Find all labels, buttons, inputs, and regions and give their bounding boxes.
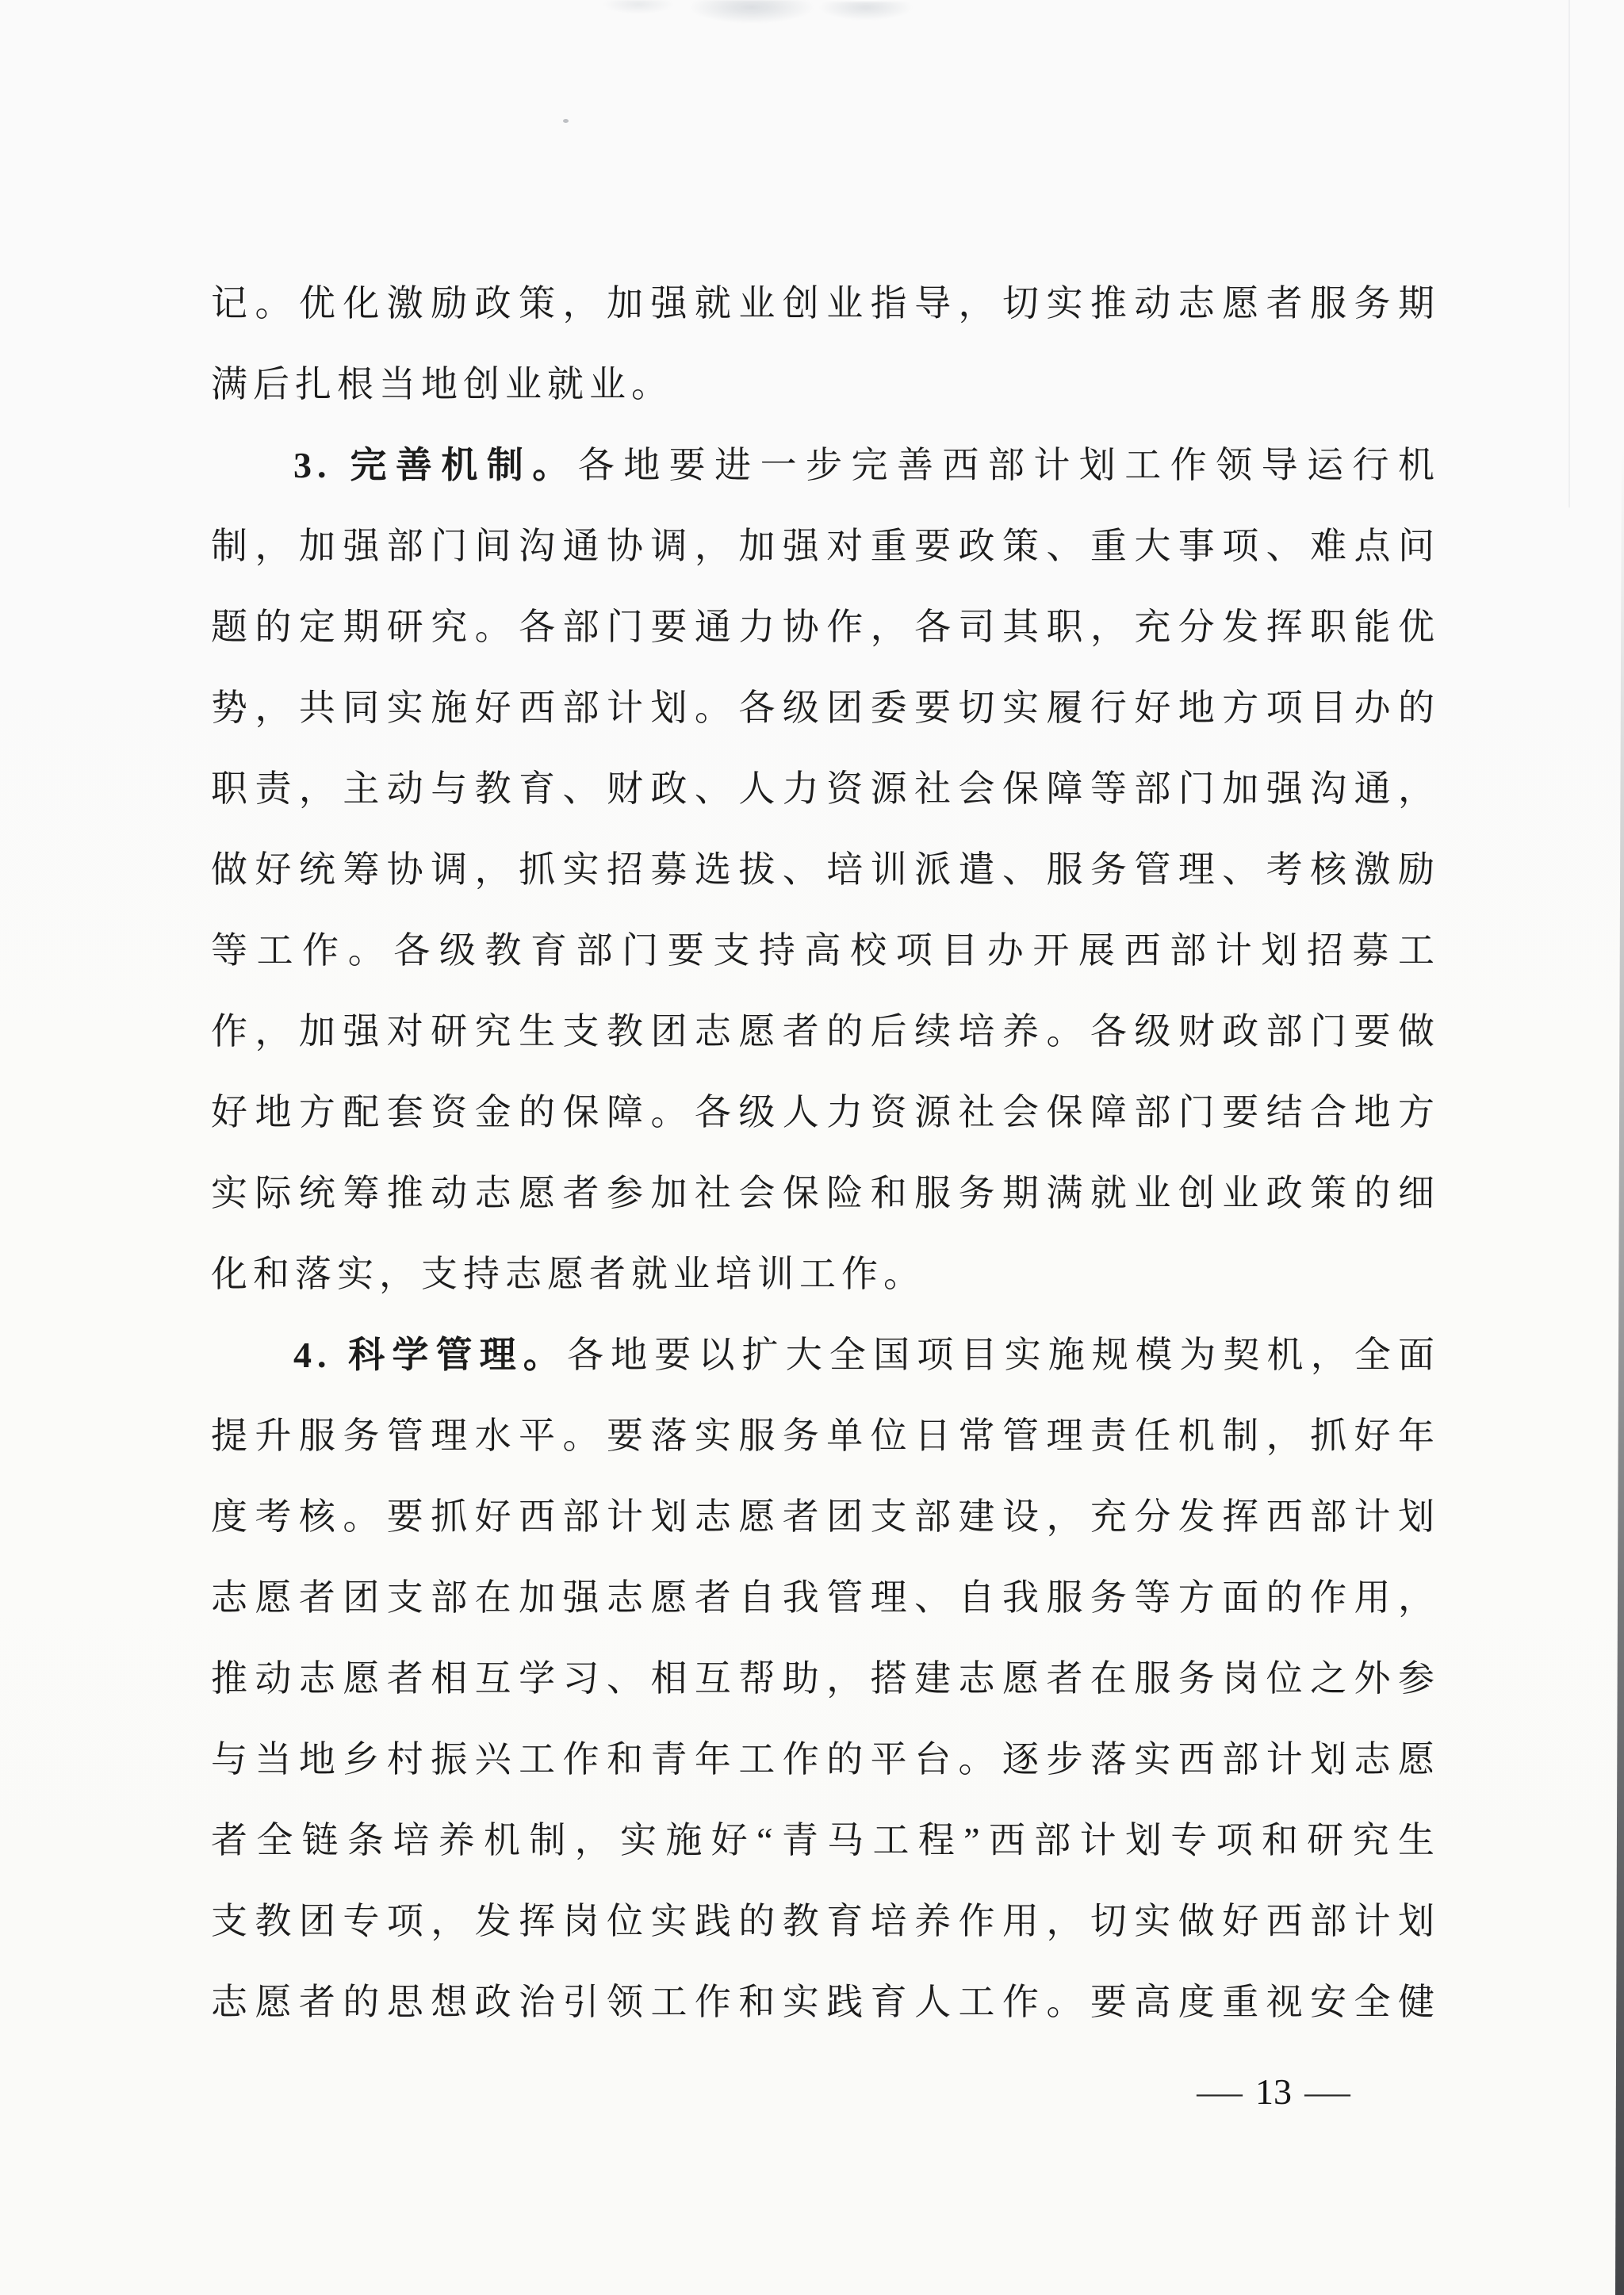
scan-smudge <box>603 0 674 14</box>
text-line: 3. 完善机制。各地要进一步完善西部计划工作领导运行机 <box>211 425 1440 506</box>
text-line: 实际统筹推动志愿者参加社会保险和服务期满就业创业政策的细 <box>211 1153 1440 1234</box>
footer-left-dash: — <box>1197 2064 1243 2120</box>
text-line: 推动志愿者相互学习、相互帮助，搭建志愿者在服务岗位之外参 <box>211 1638 1440 1719</box>
scan-smudge <box>818 2 913 21</box>
text-line: 4. 科学管理。各地要以扩大全国项目实施规模为契机，全面 <box>211 1315 1440 1396</box>
scan-speck <box>563 119 569 123</box>
text-line: 题的定期研究。各部门要通力协作，各司其职，充分发挥职能优 <box>211 587 1440 668</box>
text-line: 势，共同实施好西部计划。各级团委要切实履行好地方项目办的 <box>211 668 1440 749</box>
text-line: 志愿者的思想政治引领工作和实践育人工作。要高度重视安全健 <box>211 1962 1440 2043</box>
scan-edge-shadow <box>1615 444 1624 2295</box>
text-line: 好地方配套资金的保障。各级人力资源社会保障部门要结合地方 <box>211 1072 1440 1153</box>
text-line: 志愿者团支部在加强志愿者自我管理、自我服务等方面的作用， <box>211 1557 1440 1638</box>
line-text: 各地要以扩大全国项目实施规模为契机，全面 <box>567 1335 1440 1375</box>
text-line: 化和落实，支持志愿者就业培训工作。 <box>211 1234 1440 1315</box>
footer-right-dash: — <box>1304 2064 1350 2120</box>
section-heading-3: 3. 完善机制。 <box>293 445 578 485</box>
text-line: 支教团专项，发挥岗位实践的教育培养作用，切实做好西部计划 <box>211 1881 1440 1962</box>
text-line: 作，加强对研究生支教团志愿者的后续培养。各级财政部门要做 <box>211 991 1440 1072</box>
text-line: 提升服务管理水平。要落实服务单位日常管理责任机制，抓好年 <box>211 1396 1440 1477</box>
text-line: 等工作。各级教育部门要支持高校项目办开展西部计划招募工 <box>211 910 1440 991</box>
text-line: 职责，主动与教育、财政、人力资源社会保障等部门加强沟通， <box>211 749 1440 829</box>
scan-edge-streak <box>1568 0 1570 508</box>
line-text: 各地要进一步完善西部计划工作领导运行机 <box>578 445 1440 485</box>
text-line: 做好统筹协调，抓实招募选拔、培训派遣、服务管理、考核激励 <box>211 829 1440 910</box>
document-body-text: 记。优化激励政策，加强就业创业指导，切实推动志愿者服务期 满后扎根当地创业就业。… <box>211 263 1440 2043</box>
text-line: 记。优化激励政策，加强就业创业指导，切实推动志愿者服务期 <box>211 263 1440 344</box>
page-footer: —13— <box>1193 2064 1354 2120</box>
text-line: 制，加强部门间沟通协调，加强对重要政策、重大事项、难点问 <box>211 506 1440 587</box>
text-line: 者全链条培养机制，实施好“青马工程”西部计划专项和研究生 <box>211 1800 1440 1881</box>
section-heading-4: 4. 科学管理。 <box>293 1335 567 1375</box>
text-line: 度考核。要抓好西部计划志愿者团支部建设，充分发挥西部计划 <box>211 1477 1440 1557</box>
scanned-document-page: 记。优化激励政策，加强就业创业指导，切实推动志愿者服务期 满后扎根当地创业就业。… <box>0 0 1624 2295</box>
text-line: 满后扎根当地创业就业。 <box>211 344 1440 425</box>
page-number: 13 <box>1255 2064 1292 2120</box>
scan-smudge <box>688 0 815 24</box>
text-line: 与当地乡村振兴工作和青年工作的平台。逐步落实西部计划志愿 <box>211 1719 1440 1800</box>
